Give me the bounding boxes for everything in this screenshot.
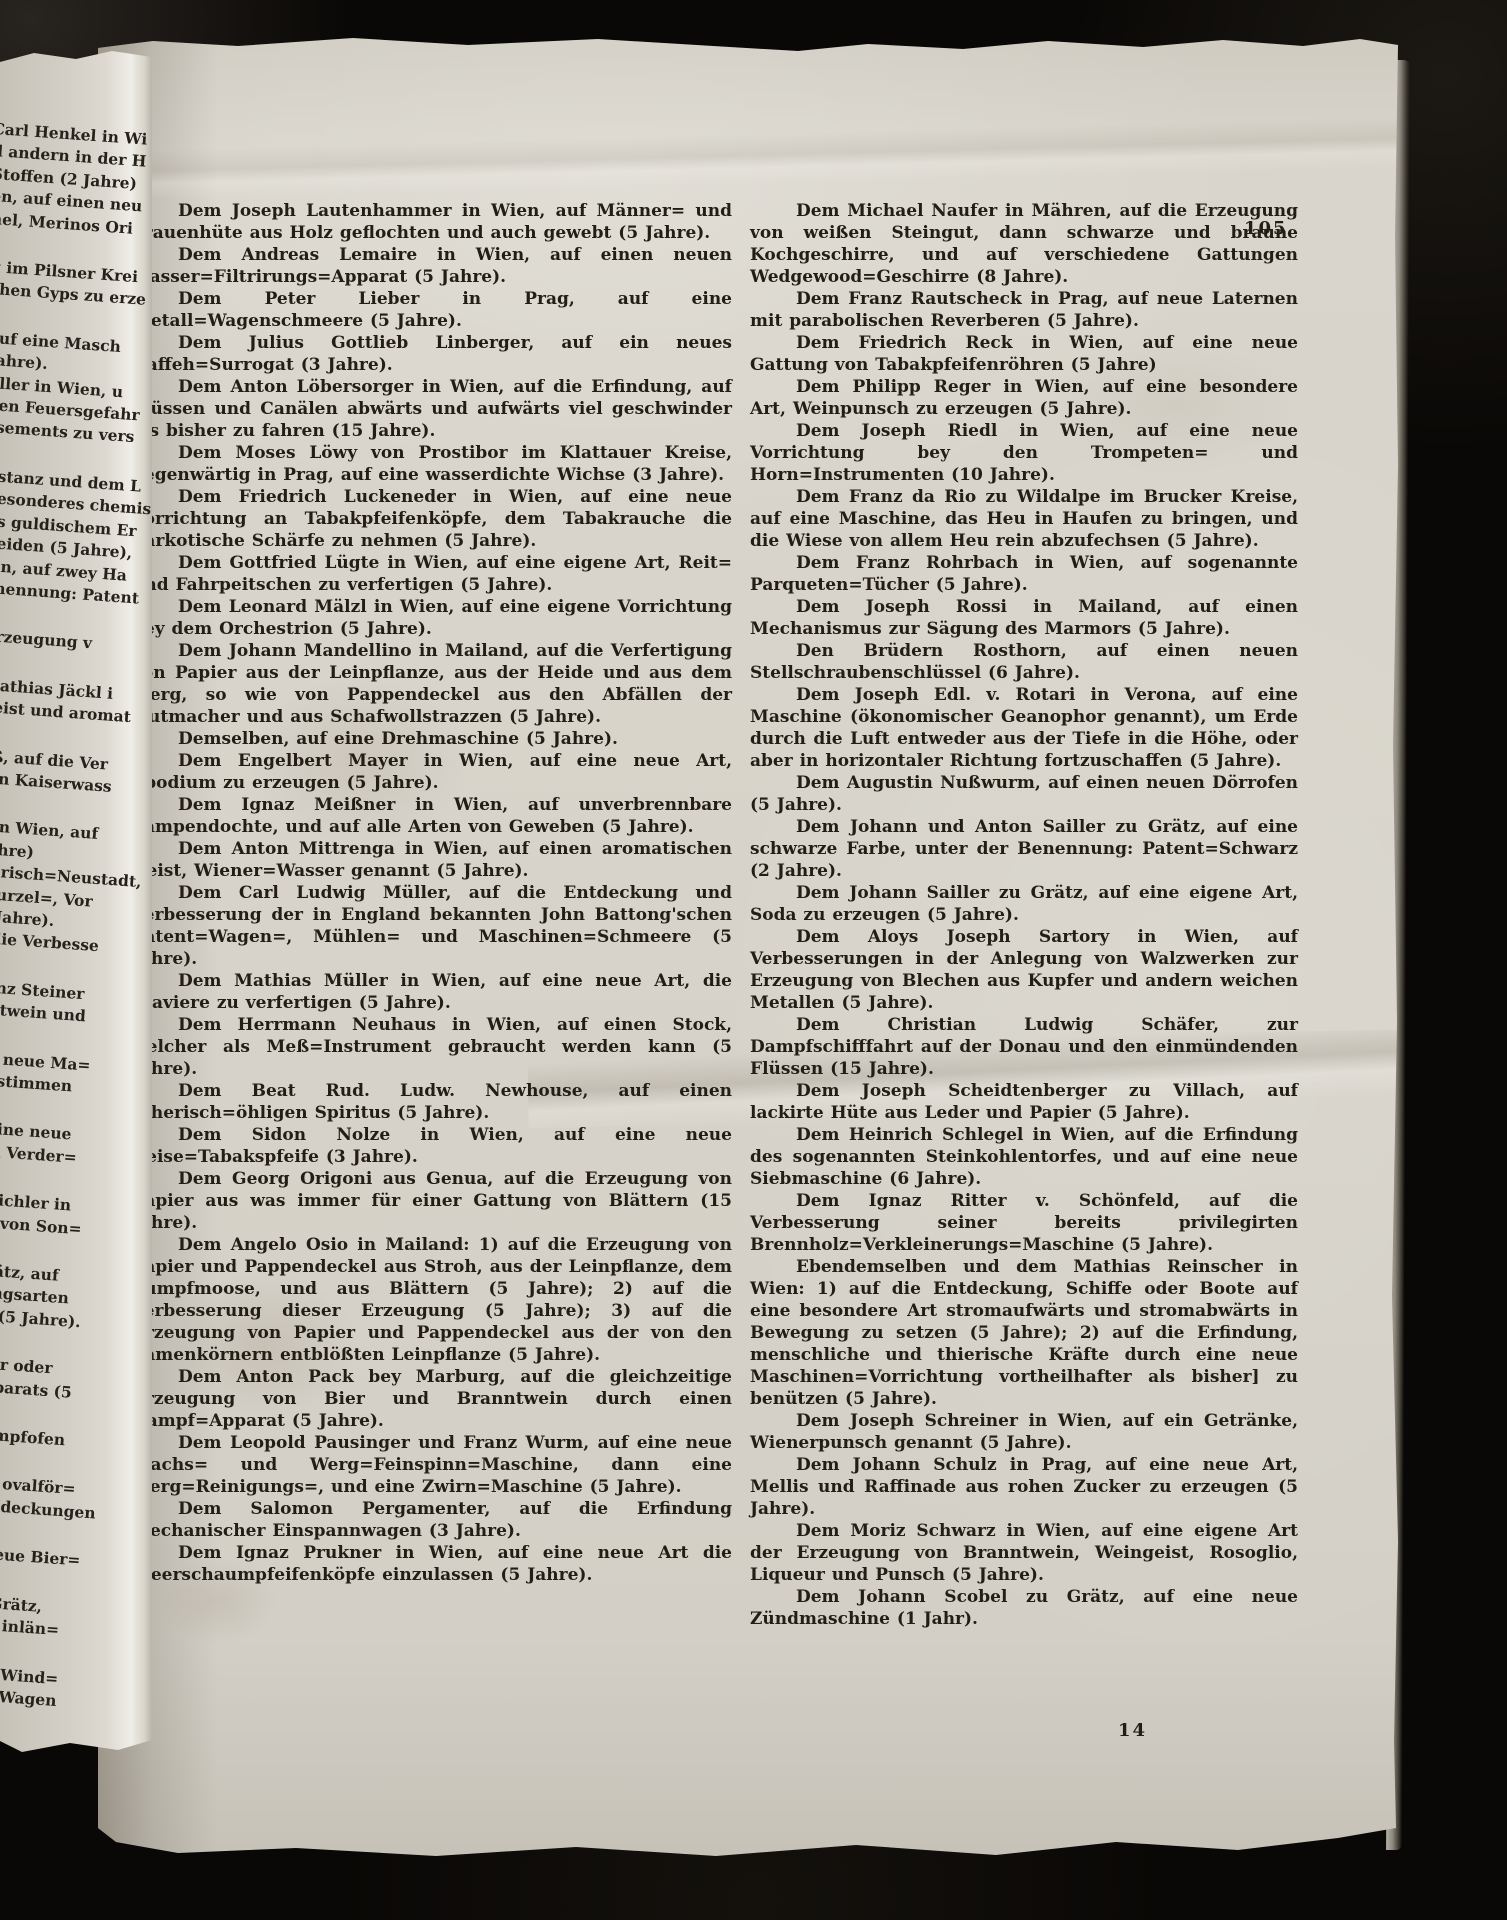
privilege-entry: Dem Leonard Mälzl in Wien, auf eine eige… xyxy=(132,596,732,640)
text-fragment-cluster: ) Pichler inen von Son= xyxy=(0,1188,132,1236)
cut-off-text: Carl Henkel in Wid andern in der HStoffe… xyxy=(0,46,152,1709)
previous-page-edge: Carl Henkel in Wid andern in der HStoffe… xyxy=(0,46,152,1794)
privilege-entry: Dem Friedrich Reck in Wien, auf eine neu… xyxy=(750,332,1298,376)
text-fragment-cluster: Mathias Jäckl igeist und aromat xyxy=(0,674,141,722)
privilege-entry: Dem Franz da Rio zu Wildalpe im Brucker … xyxy=(750,486,1298,552)
text-fragment-cluster: Bier oderApparats (5 xyxy=(0,1352,129,1400)
privilege-entry: Dem Franz Rautscheck in Prag, auf neue L… xyxy=(750,288,1298,332)
privilege-entry: Den Brüdern Rosthorn, auf einen neuen St… xyxy=(750,640,1298,684)
privilege-entry: Dem Anton Löbersorger in Wien, auf die E… xyxy=(132,376,732,442)
text-fragment-cluster: auf ovalför=nbedeckungen xyxy=(0,1471,127,1519)
text-fragment-cluster: auf eine MaschJahre).üller in Wien, ugen… xyxy=(0,327,147,442)
privilege-entry: Dem Heinrich Schlegel in Wien, auf die E… xyxy=(750,1124,1298,1190)
text-fragment-cluster: rne Wind=auf Wagen xyxy=(0,1661,124,1709)
privilege-entry: Demselben, auf eine Drehmaschine (5 Jahr… xyxy=(132,728,732,750)
text-fragment-cluster: Grätz, aufrungsartende (5 Jahre). xyxy=(0,1259,131,1329)
cut-off-text-line: e neue Bier= xyxy=(0,1542,126,1575)
privilege-entry: Dem Carl Ludwig Müller, auf die Entdecku… xyxy=(132,882,732,970)
signature-mark: 14 xyxy=(1118,1720,1147,1741)
privilege-entry: Dem Christian Ludwig Schäfer, zur Dampfs… xyxy=(750,1014,1298,1080)
text-fragment-cluster: Dampfofen xyxy=(0,1423,128,1448)
privilege-entry: Dem Joseph Schreiner in Wien, auf ein Ge… xyxy=(750,1410,1298,1454)
book-photograph: 105 Dem Joseph Lautenhammer in Wien, auf… xyxy=(0,0,1507,1920)
privilege-entry: Dem Beat Rud. Ludw. Newhouse, auf einen … xyxy=(132,1080,732,1124)
privilege-entry: Dem Aloys Joseph Sartory in Wien, auf Ve… xyxy=(750,926,1298,1014)
privilege-entry: Dem Joseph Edl. v. Rotari in Verona, auf… xyxy=(750,684,1298,772)
privilege-entry: Dem Peter Lieber in Prag, auf eine Metal… xyxy=(132,288,732,332)
text-column-left: Dem Joseph Lautenhammer in Wien, auf Män… xyxy=(132,200,732,1586)
privilege-entry: Dem Gottfried Lügte in Wien, auf eine ei… xyxy=(132,552,732,596)
privilege-entry: Dem Ignaz Prukner in Wien, auf eine neue… xyxy=(132,1542,732,1586)
text-fragment-cluster: Carl Henkel in Wid andern in der HStoffe… xyxy=(0,118,151,233)
text-column-right: Dem Michael Naufer in Mähren, auf die Er… xyxy=(750,200,1298,1630)
cut-off-text-line: Erzeugung v xyxy=(0,625,142,658)
privilege-entry: Dem Friedrich Luckeneder in Wien, auf ei… xyxy=(132,486,732,552)
privilege-entry: Dem Moriz Schwarz in Wien, auf eine eige… xyxy=(750,1520,1298,1586)
privilege-entry: Dem Johann Mandellino in Mailand, auf di… xyxy=(132,640,732,728)
privilege-entry: Dem Anton Mittrenga in Wien, auf einen a… xyxy=(132,838,732,882)
text-fragment-cluster: g im Pilsner Kreichen Gyps zu erze xyxy=(0,256,148,304)
privilege-entry: Dem Sidon Nolze in Wien, auf eine neue R… xyxy=(132,1124,732,1168)
text-fragment-cluster: e neue Bier= xyxy=(0,1542,126,1567)
privilege-entry: Dem Andreas Lemaire in Wien, auf einen n… xyxy=(132,244,732,288)
privilege-entry: Dem Franz Rohrbach in Wien, auf sogenann… xyxy=(750,552,1298,596)
cut-off-text-line: Dampfofen xyxy=(0,1423,128,1456)
privilege-entry: Dem Augustin Nußwurm, auf einen neuen Dö… xyxy=(750,772,1298,816)
privilege-entry: Dem Ignaz Meißner in Wien, auf unverbren… xyxy=(132,794,732,838)
text-fragment-cluster: Erzeugung v xyxy=(0,625,142,650)
privilege-entry: Ebendemselben und dem Mathias Reinscher … xyxy=(750,1256,1298,1410)
text-fragment-cluster: f eine neueem Verder= xyxy=(0,1117,133,1165)
text-fragment-cluster: nstanz und dem Lbesonderes chemisus guld… xyxy=(0,465,145,602)
privilege-entry: Dem Joseph Scheidtenberger zu Villach, a… xyxy=(750,1080,1298,1124)
privilege-entry: Dem Johann Sailler zu Grätz, auf eine ei… xyxy=(750,882,1298,926)
privilege-entry: Dem Julius Gottlieb Linberger, auf ein n… xyxy=(132,332,732,376)
privilege-entry: Dem Herrmann Neuhaus in Wien, auf einen … xyxy=(132,1014,732,1080)
privilege-entry: Dem Engelbert Mayer in Wien, auf eine ne… xyxy=(132,750,732,794)
privilege-entry: Dem Georg Origoni aus Genua, auf die Erz… xyxy=(132,1168,732,1234)
privilege-entry: Dem Anton Pack bey Marburg, auf die glei… xyxy=(132,1366,732,1432)
paper-crease xyxy=(98,116,1399,197)
privilege-entry: Dem Johann Scobel zu Grätz, auf eine neu… xyxy=(750,1586,1298,1630)
privilege-entry: Dem Salomon Pergamenter, auf die Erfindu… xyxy=(132,1498,732,1542)
privilege-entry: Dem Johann und Anton Sailler zu Grätz, a… xyxy=(750,816,1298,882)
privilege-entry: Dem Mathias Müller in Wien, auf eine neu… xyxy=(132,970,732,1014)
privilege-entry: Dem Angelo Osio in Mailand: 1) auf die E… xyxy=(132,1234,732,1366)
book-page: 105 Dem Joseph Lautenhammer in Wien, auf… xyxy=(98,36,1398,1856)
privilege-entry: Dem Leopold Pausinger und Franz Wurm, au… xyxy=(132,1432,732,1498)
text-fragment-cluster: ne neue Ma=bestimmen xyxy=(0,1046,135,1094)
privilege-entry: Dem Ignaz Ritter v. Schönfeld, auf die V… xyxy=(750,1190,1298,1256)
privilege-entry: Dem Moses Löwy von Prostibor im Klattaue… xyxy=(132,442,732,486)
privilege-entry: Dem Joseph Lautenhammer in Wien, auf Män… xyxy=(132,200,732,244)
privilege-entry: Dem Joseph Riedl in Wien, auf eine neue … xyxy=(750,420,1298,486)
text-fragment-cluster: t in Wien, aufJahre)nerisch=Neustadt,Wur… xyxy=(0,815,139,952)
privilege-entry: Dem Michael Naufer in Mähren, auf die Er… xyxy=(750,200,1298,288)
text-fragment-cluster: äß, auf die Verten Kaiserwass xyxy=(0,744,140,792)
privilege-entry: Dem Philipp Reger in Wien, auf eine beso… xyxy=(750,376,1298,420)
privilege-entry: Dem Johann Schulz in Prag, auf eine neue… xyxy=(750,1454,1298,1520)
privilege-entry: Dem Joseph Rossi in Mailand, auf einen M… xyxy=(750,596,1298,640)
text-fragment-cluster: ranz Steinernntwein und xyxy=(0,976,136,1024)
text-fragment-cluster: in Grätz,aus inlän= xyxy=(0,1590,125,1638)
